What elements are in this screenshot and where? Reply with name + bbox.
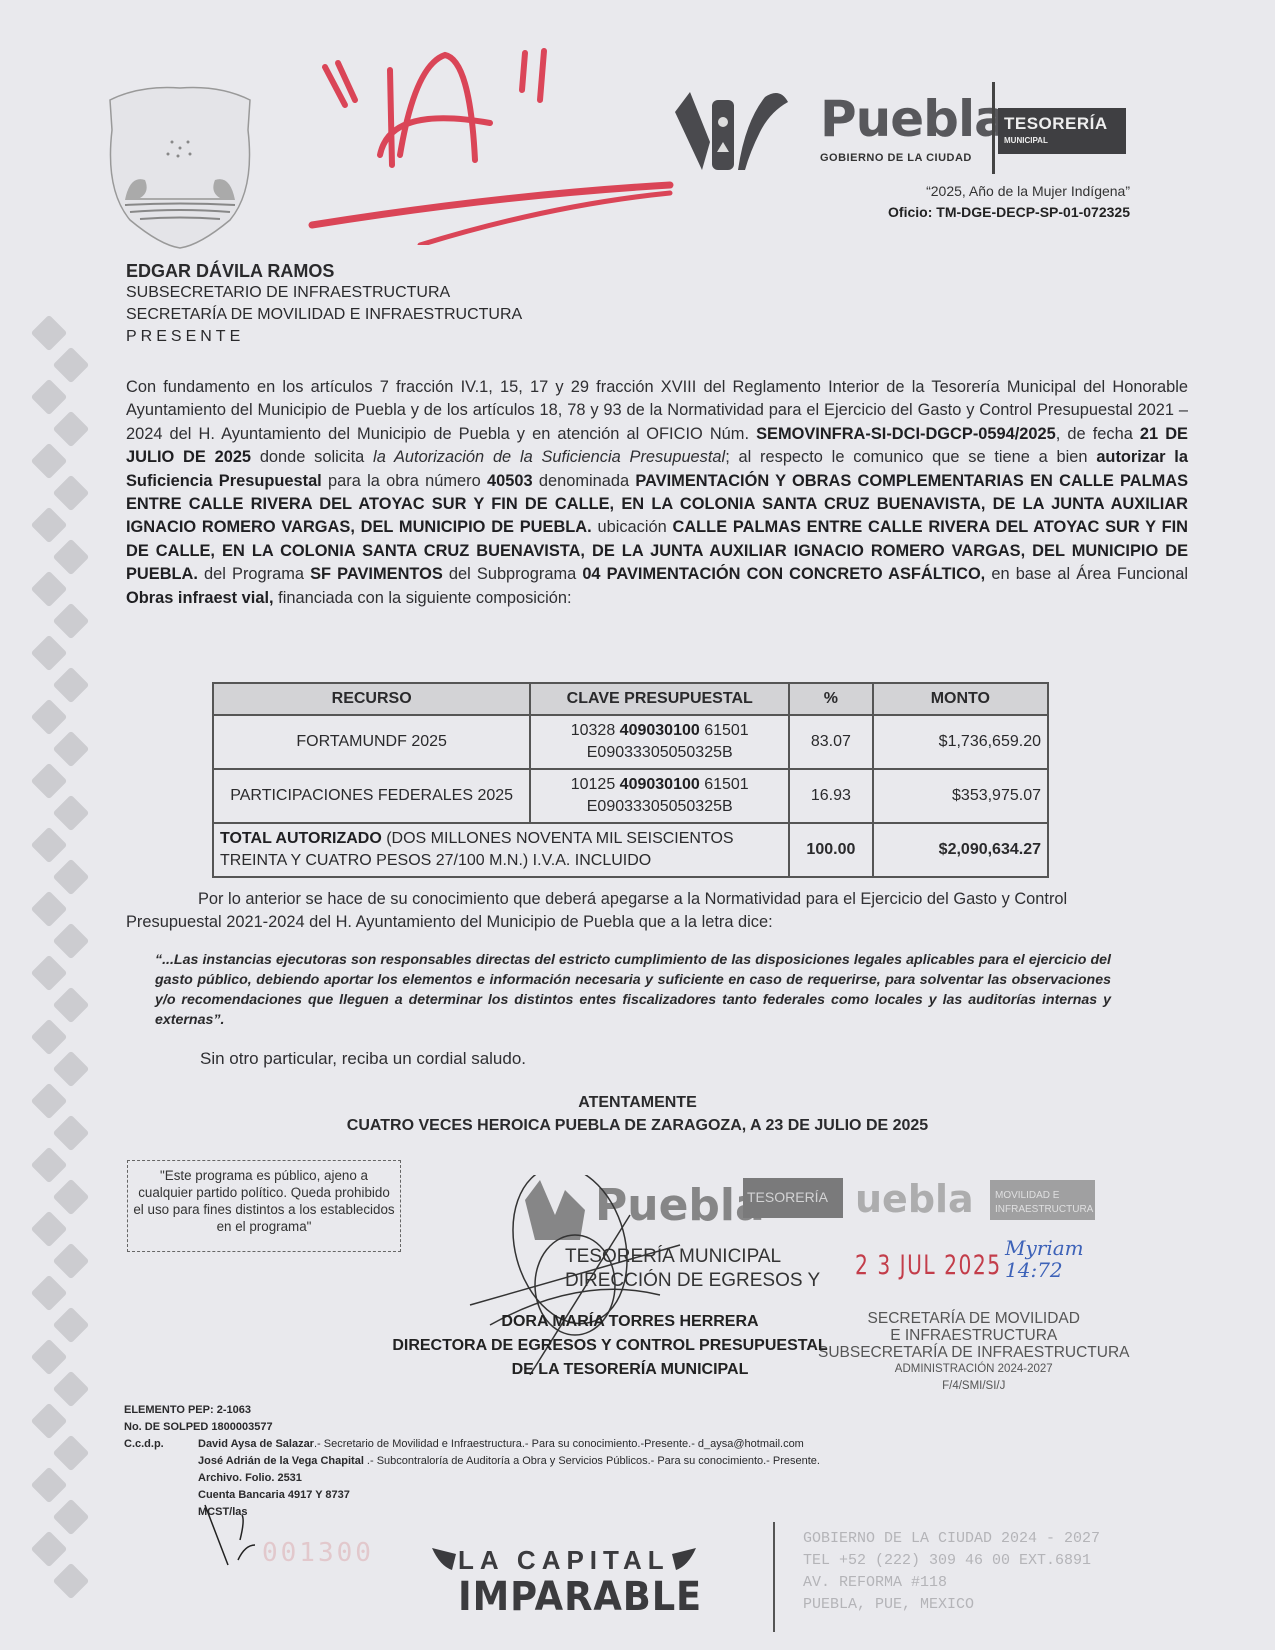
decorative-diamond-icon [53, 923, 90, 960]
ccp-label: C.c.d.p. [124, 1436, 198, 1453]
decorative-diamond-icon [31, 1403, 68, 1440]
stamp-line: F/4/SMI/SI/J [818, 1378, 1129, 1395]
cell-monto: $1,736,659.20 [873, 715, 1048, 769]
stamp-line: SUBSECRETARÍA DE INFRAESTRUCTURA [818, 1344, 1129, 1361]
clave-part-bold: 409030100 [620, 776, 700, 793]
decorative-diamond-icon [31, 571, 68, 608]
footer-divider [773, 1522, 775, 1632]
decorative-diamond-icon [31, 955, 68, 992]
clave-line2: E09033305050325B [587, 798, 733, 815]
year-motto: “2025, Año de la Mujer Indígena” [926, 183, 1130, 199]
addressee-dept: SECRETARÍA DE MOVILIDAD E INFRAESTRUCTUR… [126, 304, 522, 326]
decorative-diamond-icon [53, 1563, 90, 1600]
footer-phone: TEL +52 (222) 309 46 00 EXT.6891 [803, 1550, 1100, 1572]
tesoreria-badge: TESORERÍA MUNICIPAL [998, 108, 1126, 154]
text-run: en base al Área Funcional [985, 565, 1188, 583]
decorative-diamond-icon [53, 795, 90, 832]
faint-folio-stamp: 001300 [262, 1538, 374, 1568]
total-label: TOTAL AUTORIZADO [220, 830, 382, 847]
clave-part: 10125 [571, 776, 620, 793]
decorative-diamond-icon [53, 859, 90, 896]
body-paragraph: Con fundamento en los artículos 7 fracci… [126, 376, 1188, 610]
col-clave: CLAVE PRESUPUESTAL [530, 683, 789, 715]
text-run: donde solicita [251, 448, 373, 466]
decorative-diamond-icon [31, 1467, 68, 1504]
decorative-diamond-icon [31, 507, 68, 544]
table-header-row: RECURSO CLAVE PRESUPUESTAL % MONTO [213, 683, 1048, 715]
ccp-recipient-1-detail: .- Secretario de Movilidad e Infraestruc… [314, 1438, 804, 1450]
decorative-diamond-icon [31, 763, 68, 800]
functional-area: Obras infraest vial, [126, 589, 274, 607]
decorative-diamond-icon [53, 667, 90, 704]
decorative-diamond-icon [53, 539, 90, 576]
footer-contact: GOBIERNO DE LA CIUDAD 2024 - 2027 TEL +5… [803, 1528, 1100, 1616]
handwritten-name: Myriam [1005, 1237, 1084, 1259]
footer-admin: GOBIERNO DE LA CIUDAD 2024 - 2027 [803, 1528, 1100, 1550]
signer-block: DORA MARÍA TORRES HERRERA DIRECTORA DE E… [420, 1310, 840, 1382]
cell-recurso: FORTAMUNDF 2025 [213, 715, 530, 769]
table-total-row: TOTAL AUTORIZADO (DOS MILLONES NOVENTA M… [213, 823, 1048, 877]
cell-clave: 10328 409030100 61501E09033305050325B [530, 715, 789, 769]
decorative-diamond-icon [31, 699, 68, 736]
clave-part: 61501 [700, 722, 749, 739]
decorative-diamond-icon [31, 1211, 68, 1248]
pep-element: ELEMENTO PEP: 2-1063 [124, 1402, 820, 1419]
cell-percent: 16.93 [789, 769, 873, 823]
tesoreria-title: TESORERÍA [1004, 114, 1108, 134]
ccp-recipient-2-detail: .- Subcontraloría de Auditoría a Obra y … [364, 1455, 820, 1467]
stamp-line: SECRETARÍA DE MOVILIDAD [818, 1310, 1129, 1327]
decorative-diamond-icon [53, 1435, 90, 1472]
addressee-name: EDGAR DÁVILA RAMOS [126, 260, 522, 282]
gobierno-subtitle: GOBIERNO DE LA CIUDAD [820, 152, 972, 164]
col-monto: MONTO [873, 683, 1048, 715]
decorative-diamond-icon [53, 603, 90, 640]
decorative-diamond-icon [31, 1275, 68, 1312]
closing-place-date: CUATRO VECES HEROICA PUEBLA DE ZARAGOZA,… [0, 1117, 1275, 1135]
clave-part-bold: 409030100 [620, 722, 700, 739]
ccp-recipient-1: David Aysa de Salazar [198, 1438, 314, 1450]
oficio-reference: SEMOVINFRA-SI-DCI-DGCP-0594/2025 [756, 425, 1056, 443]
oficio-number: Oficio: TM-DGE-DECP-SP-01-072325 [888, 204, 1130, 220]
received-date-stamp: 2 3 JUL 2025 [855, 1250, 1002, 1281]
puebla-emblem-icon [670, 82, 790, 172]
col-percent: % [789, 683, 873, 715]
budget-table: RECURSO CLAVE PRESUPUESTAL % MONTO FORTA… [212, 682, 1049, 878]
svg-text:uebla: uebla [855, 1177, 974, 1221]
clave-part: 61501 [700, 776, 749, 793]
program-disclaimer: "Este programa es público, ajeno a cualq… [127, 1160, 401, 1252]
decorative-border [28, 320, 98, 1620]
decorative-diamond-icon [31, 1531, 68, 1568]
text-run: financiada con la siguiente composición: [274, 589, 572, 607]
signer-dept: DE LA TESORERÍA MUNICIPAL [420, 1358, 840, 1382]
table-row: FORTAMUNDF 202510328 409030100 61501E090… [213, 715, 1048, 769]
stamp-line: TESORERÍA MUNICIPAL [565, 1245, 820, 1269]
puebla-tesoreria-logo: Puebla GOBIERNO DE LA CIUDAD TESORERÍA M… [670, 82, 1140, 177]
handwritten-annotation-a [300, 45, 680, 245]
city-shield-icon [100, 80, 260, 250]
decorative-diamond-icon [53, 1307, 90, 1344]
slogan-line-1: LA CAPITAL [458, 1545, 670, 1576]
decorative-diamond-icon [31, 1339, 68, 1376]
decorative-diamond-icon [53, 411, 90, 448]
footer-street: AV. REFORMA #118 [803, 1572, 1100, 1594]
handwritten-receipt-note: Myriam 14:72 [1005, 1237, 1084, 1281]
decorative-diamond-icon [31, 891, 68, 928]
decorative-diamond-icon [53, 475, 90, 512]
addressee-block: EDGAR DÁVILA RAMOS SUBSECRETARIO DE INFR… [126, 260, 522, 348]
cell-monto: $353,975.07 [873, 769, 1048, 823]
text-run: ubicación [592, 518, 673, 536]
text-run: ; al respecto le comunico que se tiene a… [725, 448, 1096, 466]
addressee-title: SUBSECRETARIO DE INFRAESTRUCTURA [126, 282, 522, 304]
decorative-diamond-icon [53, 1371, 90, 1408]
logo-divider [992, 82, 995, 174]
stamp-line: DIRECCIÓN DE EGRESOS Y [565, 1269, 820, 1293]
text-run: , de fecha [1056, 425, 1140, 443]
decorative-diamond-icon [53, 1051, 90, 1088]
stamp-line: ADMINISTRACIÓN 2024-2027 [818, 1361, 1129, 1378]
decorative-diamond-icon [53, 1243, 90, 1280]
text-run: del Programa [198, 565, 310, 583]
puebla-wordmark: Puebla [820, 90, 1007, 148]
decorative-diamond-icon [53, 1499, 90, 1536]
signer-title: DIRECTORA DE EGRESOS Y CONTROL PRESUPUES… [380, 1334, 840, 1358]
cell-recurso: PARTICIPACIONES FEDERALES 2025 [213, 769, 530, 823]
decorative-diamond-icon [31, 379, 68, 416]
signer-name: DORA MARÍA TORRES HERRERA [420, 1310, 840, 1334]
normativity-quote: “...Las instancias ejecutoras son respon… [155, 950, 1111, 1030]
cell-total-percent: 100.00 [789, 823, 873, 877]
cell-clave: 10125 409030100 61501E09033305050325B [530, 769, 789, 823]
normativity-paragraph: Por lo anterior se hace de su conocimien… [126, 888, 1136, 934]
decorative-diamond-icon [53, 347, 90, 384]
clave-line2: E09033305050325B [587, 744, 733, 761]
program-name: SF PAVIMENTOS [310, 565, 443, 583]
clave-part: 10328 [571, 722, 620, 739]
decorative-diamond-icon [31, 827, 68, 864]
ccp-row: C.c.d.p. David Aysa de Salazar.- Secreta… [124, 1436, 820, 1453]
archive-folio: Archivo. Folio. 2531 [124, 1470, 820, 1487]
text-run: denominada [533, 472, 636, 490]
decorative-diamond-icon [31, 635, 68, 672]
tesoreria-subtitle: MUNICIPAL [1004, 136, 1048, 145]
work-number: 40503 [487, 472, 533, 490]
text-run: para la obra número [322, 472, 487, 490]
solped-number: No. DE SOLPED 1800003577 [124, 1419, 820, 1436]
ccp-row: José Adrián de la Vega Chapital .- Subco… [124, 1453, 820, 1470]
right-wing-icon [670, 1544, 698, 1572]
decorative-diamond-icon [53, 731, 90, 768]
decorative-diamond-icon [31, 1019, 68, 1056]
svg-text:INFRAESTRUCTURA: INFRAESTRUCTURA [995, 1204, 1094, 1215]
salutation: Sin otro particular, reciba un cordial s… [200, 1049, 526, 1069]
ccp-recipient-2: José Adrián de la Vega Chapital [198, 1455, 364, 1467]
col-recurso: RECURSO [213, 683, 530, 715]
cell-percent: 83.07 [789, 715, 873, 769]
addressee-presente: PRESENTE [126, 326, 522, 348]
decorative-diamond-icon [53, 987, 90, 1024]
cell-total-monto: $2,090,634.27 [873, 823, 1048, 877]
stamp-line: E INFRAESTRUCTURA [818, 1327, 1129, 1344]
closing-atentamente: ATENTAMENTE [0, 1094, 1275, 1112]
footer-city: PUEBLA, PUE, MEXICO [803, 1594, 1100, 1616]
semov-stamp: SECRETARÍA DE MOVILIDAD E INFRAESTRUCTUR… [818, 1310, 1129, 1395]
tesoreria-stamp: TESORERÍA MUNICIPAL DIRECCIÓN DE EGRESOS… [565, 1245, 820, 1293]
handwritten-time: 14:72 [1005, 1259, 1084, 1281]
decorative-diamond-icon [31, 443, 68, 480]
subprogram-name: 04 PAVIMENTACIÓN CON CONCRETO ASFÁLTICO, [582, 565, 985, 583]
left-wing-icon [430, 1544, 458, 1572]
la-capital-imparable-logo: LA CAPITAL IMPARABLE [430, 1540, 730, 1620]
decorative-diamond-icon [31, 1147, 68, 1184]
decorative-diamond-icon [31, 315, 68, 352]
request-subject: la Autorización de la Suficiencia Presup… [373, 448, 725, 466]
slogan-line-2: IMPARABLE [458, 1574, 702, 1620]
cell-total-label: TOTAL AUTORIZADO (DOS MILLONES NOVENTA M… [213, 823, 789, 877]
decorative-diamond-icon [53, 1179, 90, 1216]
table-row: PARTICIPACIONES FEDERALES 202510125 4090… [213, 769, 1048, 823]
text-run: del Subprograma [443, 565, 583, 583]
svg-text:MOVILIDAD E: MOVILIDAD E [995, 1190, 1060, 1201]
